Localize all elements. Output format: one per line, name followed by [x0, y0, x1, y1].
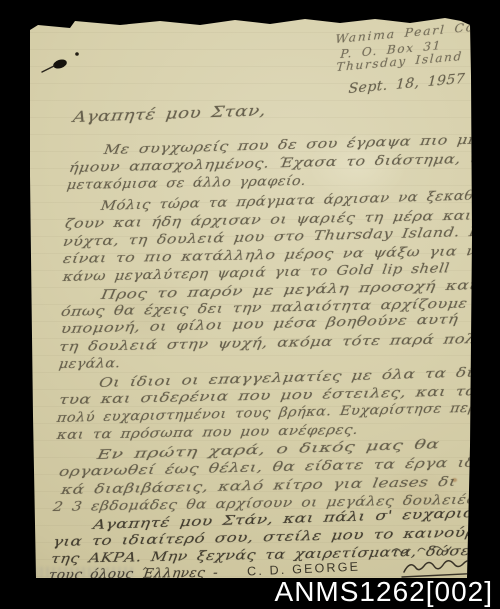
scanned-letter-photo: Wanima Pearl Co P. O. Box 31 Thursday Is…: [0, 0, 500, 609]
letter-date: Sept. 18, 1957: [348, 73, 466, 97]
handwriting-line: μεγάλα.: [58, 357, 121, 371]
ink-blot: [36, 50, 86, 76]
handwriting-line: τη δουλειά στην ψυχή, ακόμα τότε παρά πο…: [58, 333, 487, 354]
handwriting-line: μετακόμισα σε άλλο γραφείο.: [66, 175, 307, 192]
letter-paper: Wanima Pearl Co P. O. Box 31 Thursday Is…: [28, 16, 472, 578]
handwriting-line: και τα πρόσωπα που μου ανέφερες.: [56, 424, 359, 442]
salutation: Αγαπητέ μου Σταν,: [72, 103, 267, 125]
archive-label: ANMS1262[002]: [275, 576, 493, 608]
faint-stamp: [34, 567, 134, 578]
